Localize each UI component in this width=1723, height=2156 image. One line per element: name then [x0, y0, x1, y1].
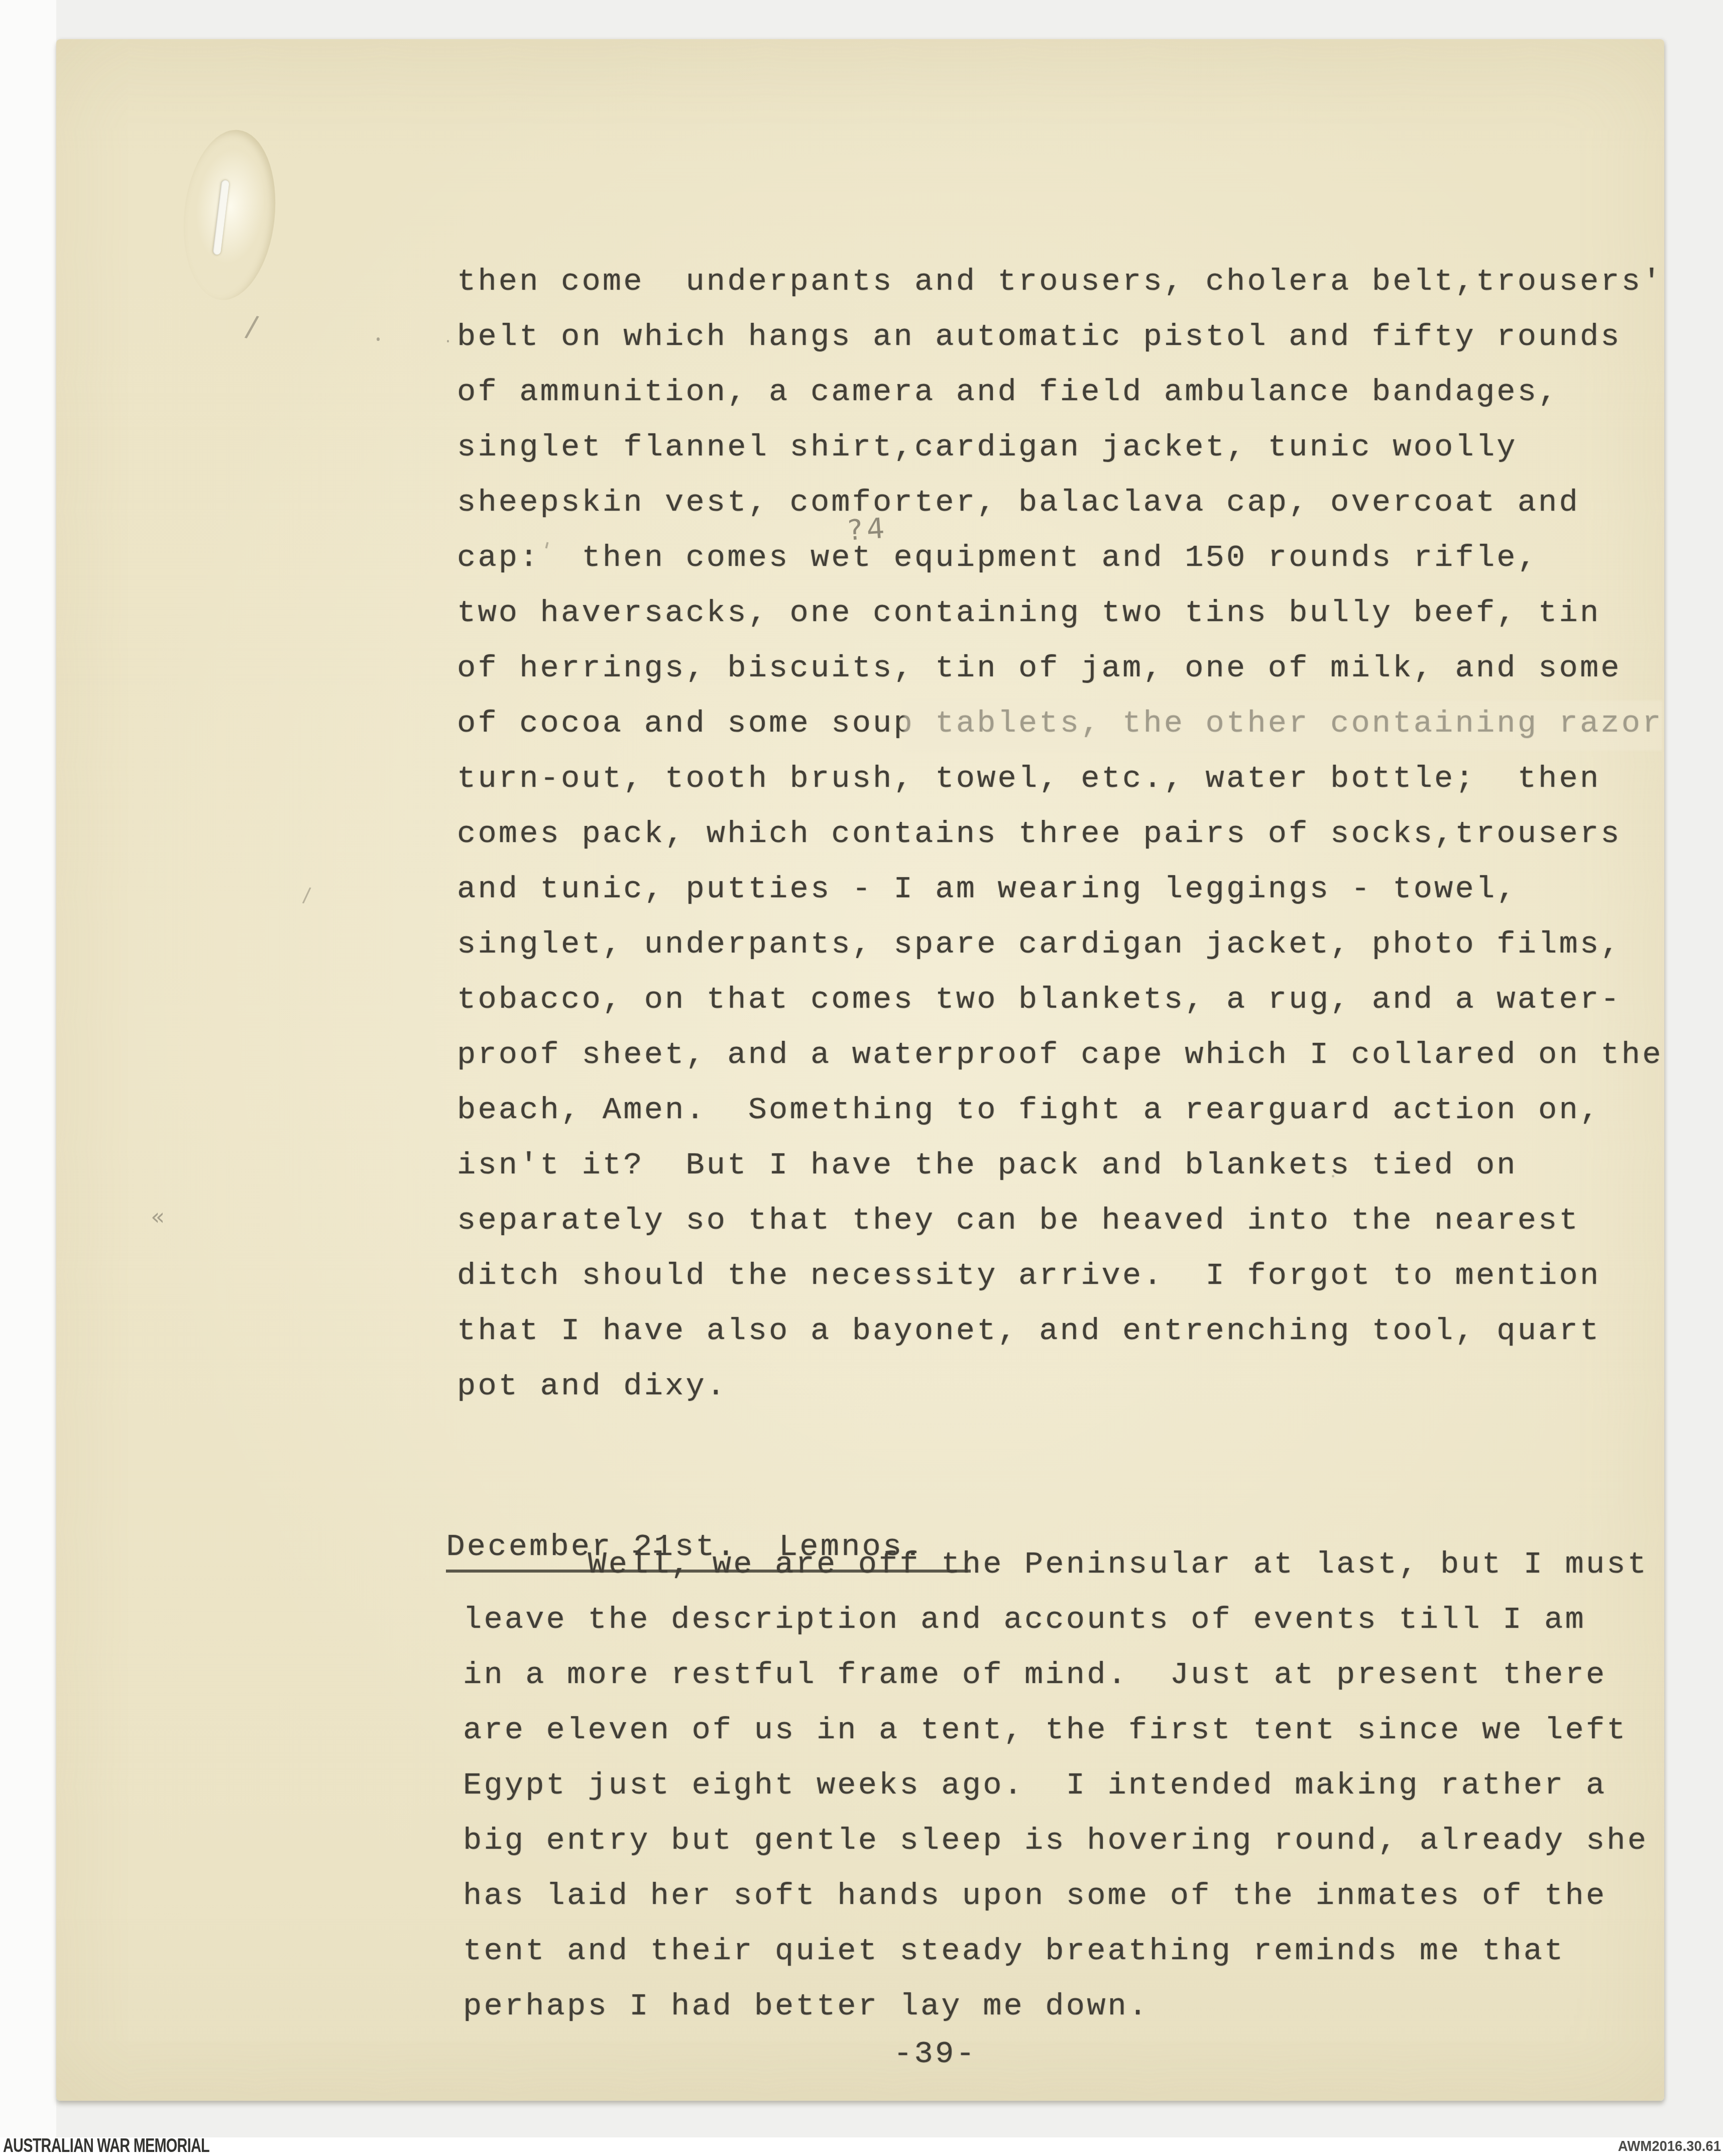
ink-speck: [447, 340, 449, 342]
scanner-bed-margin: [0, 0, 56, 2156]
typed-line: are eleven of us in a tent, the first te…: [463, 1703, 1648, 1758]
paper-crease: [176, 126, 284, 305]
typed-line: has laid her soft hands upon some of the…: [463, 1868, 1648, 1924]
typed-line: then come underpants and trousers, chole…: [457, 254, 1663, 309]
typed-line: ditch should the necessity arrive. I for…: [457, 1248, 1663, 1303]
typed-line: of herrings, biscuits, tin of jam, one o…: [457, 641, 1663, 696]
typed-line: singlet flannel shirt,cardigan jacket, t…: [457, 420, 1663, 475]
typed-line: that I have also a bayonet, and entrench…: [457, 1303, 1663, 1359]
typed-line: tobacco, on that comes two blankets, a r…: [457, 972, 1663, 1027]
page-number: -39-: [860, 2026, 1010, 2082]
typed-line: of ammunition, a camera and field ambula…: [457, 365, 1663, 420]
typed-line: tent and their quiet steady breathing re…: [463, 1924, 1648, 1979]
pencil-mark: /: [244, 309, 260, 344]
typed-line: isn't it? But I have the pack and blanke…: [457, 1138, 1663, 1193]
scan-fade-artifact: [904, 700, 1662, 751]
typed-line: two haversacks, one containing two tins …: [457, 585, 1663, 641]
ink-speck: [377, 337, 380, 341]
paper-tear: [169, 125, 290, 310]
reference-number: AWM2016.30.61: [1618, 2138, 1721, 2155]
scanned-document: then come underpants and trousers, chole…: [0, 0, 1723, 2156]
typed-line: Well, we are off the Peninsular at last,…: [463, 1537, 1648, 1592]
typed-line: separately so that they can be heaved in…: [457, 1193, 1663, 1248]
typed-line: proof sheet, and a waterproof cape which…: [457, 1027, 1663, 1083]
typed-line: comes pack, which contains three pairs o…: [457, 806, 1663, 862]
pencil-mark: /: [302, 883, 312, 907]
typed-line: leave the description and accounts of ev…: [463, 1592, 1648, 1647]
typed-line: sheepskin vest, comforter, balaclava cap…: [457, 475, 1663, 530]
typescript-page: then come underpants and trousers, chole…: [56, 39, 1664, 2101]
paragraph-kit-list: then come underpants and trousers, chole…: [457, 254, 1663, 1414]
typed-line: turn-out, tooth brush, towel, etc., wate…: [457, 751, 1663, 806]
typed-line: cap: then comes wet equipment and 150 ro…: [457, 530, 1663, 585]
typed-line: and tunic, putties - I am wearing leggin…: [457, 862, 1663, 917]
ink-speck: [1332, 1175, 1334, 1177]
typed-line: Egypt just eight weeks ago. I intended m…: [463, 1758, 1648, 1813]
typed-line: big entry but gentle sleep is hovering r…: [463, 1813, 1648, 1868]
institution-label: AUSTRALIAN WAR MEMORIAL: [3, 2135, 209, 2156]
pencil-query-annotation: ?4: [847, 512, 890, 547]
typed-line: in a more restful frame of mind. Just at…: [463, 1647, 1648, 1703]
typed-line: singlet, underpants, spare cardigan jack…: [457, 917, 1663, 972]
typed-line: pot and dixy.: [457, 1359, 1663, 1414]
paragraph-lemnos-entry: Well, we are off the Peninsular at last,…: [463, 1537, 1648, 2034]
typed-line: beach, Amen. Something to fight a reargu…: [457, 1083, 1663, 1138]
typed-line: belt on which hangs an automatic pistol …: [457, 309, 1663, 365]
typed-line: perhaps I had better lay me down.: [463, 1979, 1648, 2034]
diary-entry-heading: December 21st. Lemnos.: [321, 1464, 971, 1519]
pencil-mark: «: [151, 1203, 165, 1230]
archive-caption-band: AUSTRALIAN WAR MEMORIAL AWM2016.30.61: [0, 2137, 1723, 2156]
